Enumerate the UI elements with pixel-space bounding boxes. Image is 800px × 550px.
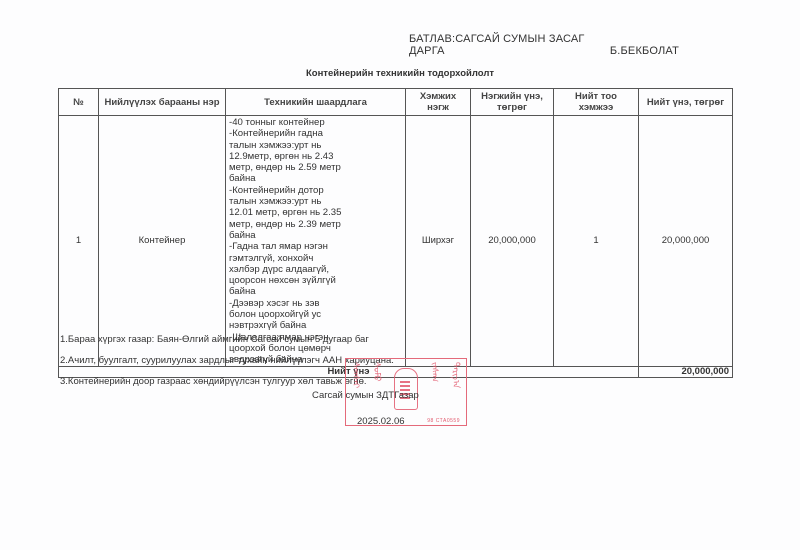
cell-unit: Ширхэг [406,116,471,367]
requirement-line: -Дээвэр хэсэг нь зэв [229,298,402,309]
header-unit: Хэмжих нэгж [406,89,471,116]
requirement-line: байна [229,286,402,297]
cell-total-price: 20,000,000 [639,116,733,367]
notes-list: 1.Бараа хүргэх газар: Баян-Өлгий аймгийн… [60,334,394,397]
header-requirements: Техникийн шаардлага [226,89,406,116]
approval-title: ДАРГА [409,45,445,57]
requirement-line: хэлбэр дүрс алдаагүй, [229,264,402,275]
requirement-line: гэмтэлгүй, хонхойч [229,253,402,264]
requirement-line: 12.9метр, өргөн нь 2.43 [229,151,402,162]
requirement-line: -Контейнерийн дотор [229,185,402,196]
header-no: № [59,89,99,116]
cell-requirements: -40 тонныг контейнер-Контейнерийн гаднат… [226,116,406,367]
approval-signatory: Б.БЕКБОЛАТ [610,45,679,57]
total-value: 20,000,000 [639,366,733,377]
cell-unit-price: 20,000,000 [471,116,554,367]
document-page: БАТЛАВ:САГСАЙ СУМЫН ЗАСАГ ДАРГА Б.БЕКБОЛ… [0,0,800,550]
requirement-line: 12.01 метр, өргөн нь 2.35 [229,207,402,218]
cell-no: 1 [59,116,99,367]
requirement-line: байна [229,230,402,241]
header-item-name: Нийлүүлэх барааны нэр [99,89,226,116]
requirement-line: -40 тонныг контейнер [229,117,402,128]
requirement-line: метр, өндөр нь 2.39 метр [229,219,402,230]
requirement-line: цоорсон нөхсөн зүйлгүй [229,275,402,286]
note-item: 1.Бараа хүргэх газар: Баян-Өлгий аймгийн… [60,334,394,355]
cell-item-name: Контейнер [99,116,226,367]
signature-date: 2025.02.06 [357,416,405,427]
requirement-line: -Гадна тал ямар нэгэн [229,241,402,252]
cell-quantity: 1 [554,116,639,367]
approval-block: БАТЛАВ:САГСАЙ СУМЫН ЗАСАГ ДАРГА Б.БЕКБОЛ… [409,33,679,57]
requirement-line: байна [229,173,402,184]
stamp-code: 98 СТА0559 [427,418,460,424]
note-item: 2.Ачилт, буулгалт, суурилуулах зардлыг т… [60,355,394,376]
table-header-row: № Нийлүүлэх барааны нэр Техникийн шаардл… [59,89,733,116]
header-quantity: Нийт тоо хэмжээ [554,89,639,116]
signing-organization: Сагсай сумын ЗДТГазар [312,390,419,401]
approval-line-1: БАТЛАВ:САГСАЙ СУМЫН ЗАСАГ [409,33,679,45]
header-unit-price: Нэгжийн үнэ, төгрөг [471,89,554,116]
document-title: Контейнерийн техникийн тодорхойлолт [0,68,800,79]
requirement-line: болон цоорхойгүй ус [229,309,402,320]
table-row: 1 Контейнер -40 тонныг контейнер-Контейн… [59,116,733,367]
requirement-line: талын хэмжээ:урт нь [229,140,402,151]
requirement-line: талын хэмжээ:урт нь [229,196,402,207]
header-total-price: Нийт үнэ, төгрөг [639,89,733,116]
requirement-line: нэвтрэхгүй байна [229,320,402,331]
requirement-line: -Контейнерийн гадна [229,128,402,139]
requirement-line: метр, өндөр нь 2.59 метр [229,162,402,173]
soyombo-emblem-icon [394,368,418,410]
